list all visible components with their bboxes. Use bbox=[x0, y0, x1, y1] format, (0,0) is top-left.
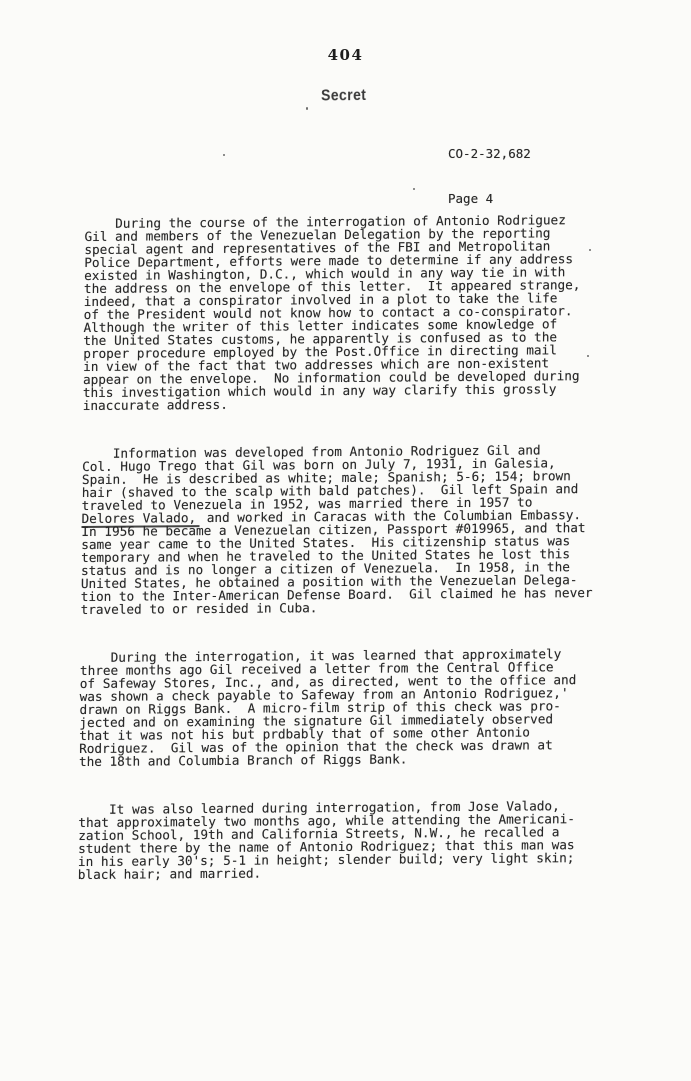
page-folio-number: 404 bbox=[0, 46, 691, 64]
case-reference-number: CO-2-32,682 bbox=[448, 146, 531, 161]
scan-speck bbox=[223, 154, 225, 156]
paragraph-background-info-text: Information was developed from Antonio R… bbox=[82, 442, 579, 513]
paragraph-safeway-check: During the interrogation, it was learned… bbox=[79, 647, 605, 768]
paragraph-background-info: Information was developed from Antonio R… bbox=[81, 443, 608, 616]
scan-speck bbox=[413, 188, 415, 190]
paragraph-interrogation-address: During the course of the interrogation o… bbox=[83, 213, 610, 412]
scan-speck bbox=[587, 355, 589, 357]
scanned-document-page: 404 Secret CO-2-32,682 Page 4 During the… bbox=[0, 0, 691, 1081]
scan-speck bbox=[306, 107, 308, 110]
secret-classification-stamp: Secret bbox=[321, 85, 366, 103]
paragraph-jose-valado: It was also learned during interrogation… bbox=[78, 799, 604, 881]
scan-speck bbox=[589, 249, 591, 251]
paragraph-background-info-continued: and worked in Caracas with the Columbian… bbox=[81, 507, 593, 617]
document-body: During the course of the interrogation o… bbox=[77, 187, 610, 916]
